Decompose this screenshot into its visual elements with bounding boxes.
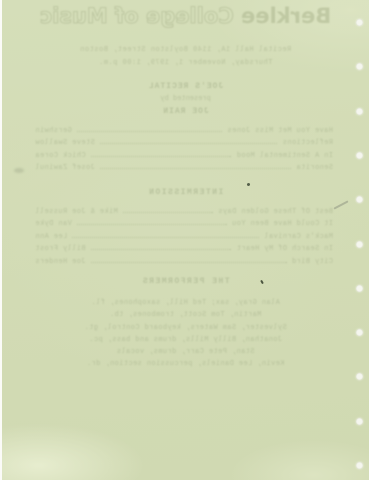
dot-leader <box>77 131 222 132</box>
composer-name: Chick Corea <box>35 152 86 160</box>
program-row: In Search Of My HeartBilly Frost <box>35 245 333 257</box>
performer-line: Alan Gray, sax; Ted Hill, saxophones, fl… <box>2 297 369 309</box>
program-list-first-half: Have You Met Miss JonesGershwin Reflecti… <box>35 127 333 177</box>
binding-hole <box>356 108 363 115</box>
song-title: It Could Have Been You <box>232 220 333 228</box>
address-line-2: Thursday, November 1, 1979, 1:00 p.m. <box>2 57 369 70</box>
composer-name: Lee Ann <box>35 233 67 241</box>
dot-leader <box>77 224 227 225</box>
performer-line: Martin, Tom Scott, trombones, tb. <box>2 309 369 321</box>
program-list-second-half: Best Of These Golden DaysMike & Joe Russ… <box>35 208 333 270</box>
composer-name: Gershwin <box>35 127 72 135</box>
song-title: Reflections <box>282 139 333 147</box>
binding-hole <box>356 462 363 469</box>
composer-name: Steve Swallow <box>35 139 95 147</box>
presented-by-label: presented by <box>2 95 369 103</box>
logo-outline-text: College of Music <box>40 4 241 28</box>
dot-leader <box>91 156 232 157</box>
binding-hole <box>356 418 363 425</box>
intermission-heading: INTERMISSION <box>2 188 369 197</box>
song-title: City Bird <box>292 258 333 266</box>
binding-hole <box>356 241 363 248</box>
dot-leader <box>91 249 232 250</box>
program-row: Best Of These Golden DaysMike & Joe Russ… <box>35 208 333 220</box>
binding-hole <box>356 196 363 203</box>
song-title: Senorita <box>296 164 333 172</box>
binding-hole <box>356 152 363 159</box>
logo-bold-text: Berklee <box>241 4 331 28</box>
performers-heading: THE PERFORMERS <box>2 277 369 286</box>
binding-hole <box>356 63 363 70</box>
paper-smudge <box>14 168 24 173</box>
performer-line: Sylvester, Sam Waters, keyboard Control,… <box>2 322 369 334</box>
composer-name: Josef Zawinul <box>35 164 95 172</box>
performer-line: Jonathan, Billy Mills, drums and bass, p… <box>2 334 369 346</box>
recital-title: JOE'S RECITAL <box>2 82 369 91</box>
song-title: In Search Of My Heart <box>236 245 333 253</box>
composer-name: Van Dyke <box>35 220 72 228</box>
dot-leader <box>100 143 278 144</box>
program-row: ReflectionsSteve Swallow <box>35 139 333 151</box>
program-row: It Could Have Been YouVan Dyke <box>35 220 333 232</box>
performer-line: Stan, Pete Carr, drums, vocals <box>2 346 369 358</box>
program-row: Have You Met Miss JonesGershwin <box>35 127 333 139</box>
song-title: In A Sentimental Mood <box>236 152 333 160</box>
composer-name: Mike & Joe Russell <box>35 208 118 216</box>
dot-leader <box>123 212 213 213</box>
dot-leader <box>72 237 259 238</box>
binding-hole <box>356 329 363 336</box>
song-title: Mack's Carnival <box>264 233 333 241</box>
composer-name: Joe Henders <box>35 258 86 266</box>
song-title: Best Of These Golden Days <box>218 208 333 216</box>
green-paper-page: Berklee College of Music Recital Hall 1A… <box>2 0 369 480</box>
berklee-logo: Berklee College of Music <box>2 4 369 32</box>
scanned-page: { "colors": { "paper": "#d3dcb5", "showt… <box>0 0 369 480</box>
address-line-1: Recital Hall 1A, 1140 Boylston Street, B… <box>2 44 369 57</box>
program-row: SenoritaJosef Zawinul <box>35 164 333 176</box>
program-row: In A Sentimental MoodChick Corea <box>35 152 333 164</box>
showthrough-mirrored-print: Berklee College of Music Recital Hall 1A… <box>2 0 369 480</box>
presenter-name: JOE RAIN <box>2 107 369 116</box>
dot-leader <box>100 168 291 169</box>
program-row: City BirdJoe Henders <box>35 258 333 270</box>
performer-line: Kevin, Lee Daniels, percussion section, … <box>2 358 369 370</box>
song-title: Have You Met Miss Jones <box>227 127 333 135</box>
dot-leader <box>91 262 287 263</box>
performers-list: Alan Gray, sax; Ted Hill, saxophones, fl… <box>2 297 369 371</box>
composer-name: Billy Frost <box>35 245 86 253</box>
binding-hole <box>356 285 363 292</box>
binding-hole <box>356 373 363 380</box>
program-row: Mack's CarnivalLee Ann <box>35 233 333 245</box>
binding-hole <box>356 19 363 26</box>
